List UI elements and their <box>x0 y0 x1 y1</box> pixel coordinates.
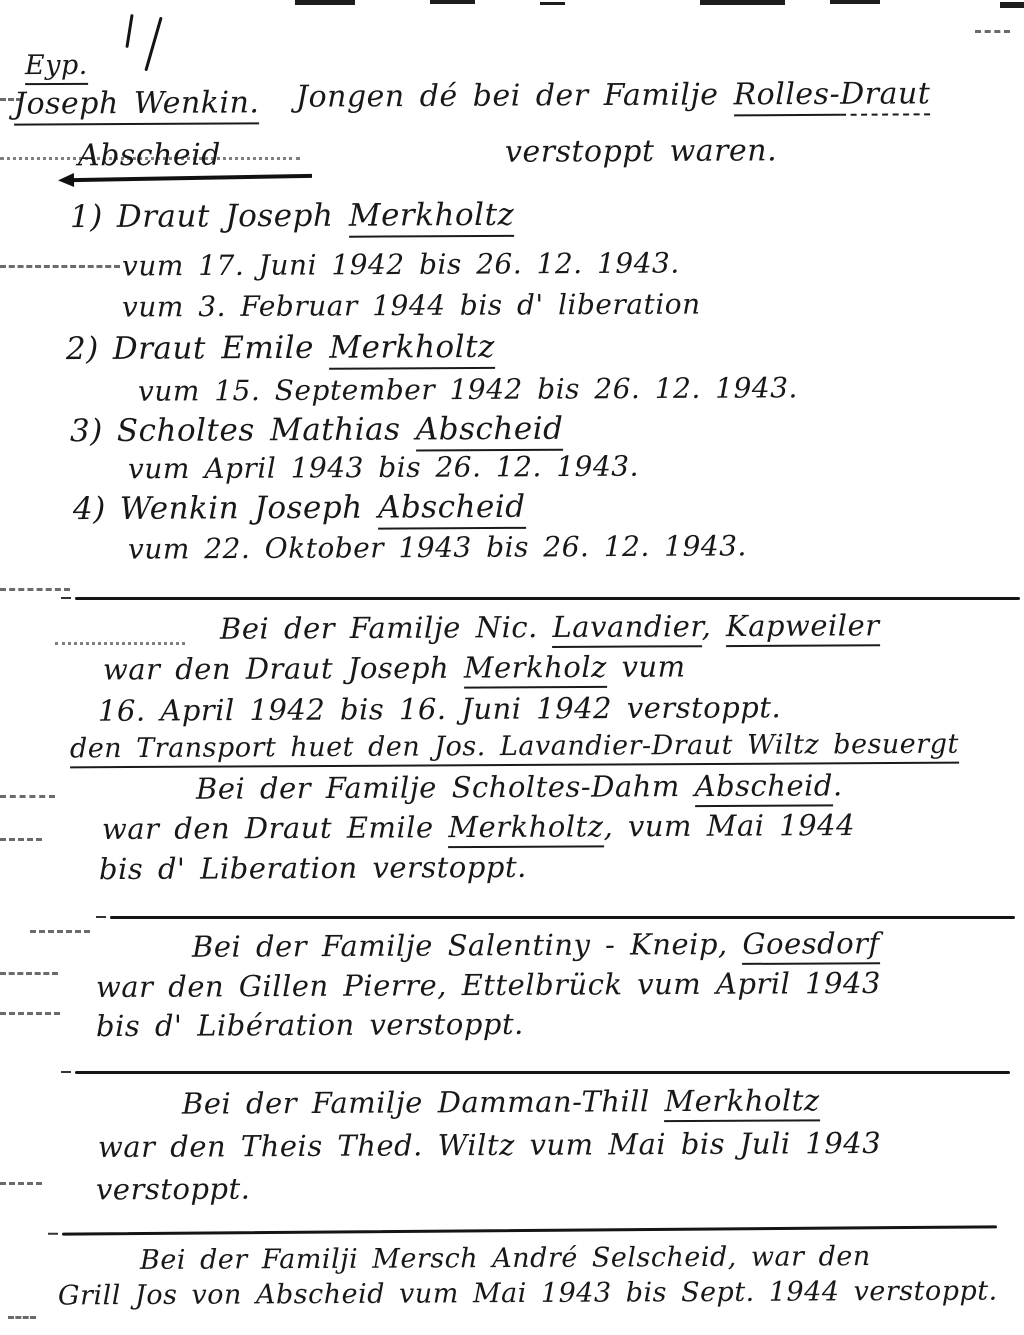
list-item-dates: vum April 1943 bis 26. 12. 1943. <box>128 450 639 486</box>
pen-stroke <box>144 17 162 72</box>
section-divider <box>110 916 1015 919</box>
list-item-dates: vum 17. Juni 1942 bis 26. 12. 1943. <box>122 247 680 283</box>
scan-artifact <box>0 795 55 798</box>
scan-artifact <box>55 642 185 645</box>
section-divider <box>62 1225 997 1235</box>
section-line: bis d' Liberation verstoppt. <box>99 850 527 886</box>
transport-note: den Transport huet den Jos. Lavandier-Dr… <box>70 729 959 765</box>
list-item-heading: 4)Wenkin Joseph Abscheid <box>73 489 526 527</box>
section-line: Bei der Familji Mersch André Selscheid, … <box>140 1241 871 1276</box>
section-line: Bei der Familje Scholtes-Dahm Abscheid. <box>196 768 843 805</box>
scan-artifact <box>0 588 70 591</box>
header-author: Joseph Wenkin. <box>14 85 260 121</box>
scan-artifact <box>0 1012 60 1015</box>
scan-artifact <box>830 0 880 4</box>
scan-artifact <box>700 0 785 5</box>
scan-artifact <box>0 265 120 268</box>
section-line: Bei der Familje Damman-Thill Merkholtz <box>182 1083 820 1120</box>
section-line: war den Draut Joseph Merkholz vum <box>103 649 686 686</box>
list-item-dates: vum 22. Oktober 1943 bis 26. 12. 1943. <box>128 529 747 565</box>
scan-artifact <box>430 0 475 4</box>
header-subtitle: verstoppt waren. <box>505 133 777 169</box>
section-divider <box>75 597 1020 600</box>
list-item-heading: 3)Scholtes Mathias Abscheid <box>70 411 564 450</box>
scan-artifact <box>1000 2 1024 8</box>
scanned-document-page: Eyp. Joseph Wenkin. Jongen dé bei der Fa… <box>0 0 1024 1335</box>
section-line: 16. April 1942 bis 16. Juni 1942 verstop… <box>98 690 781 728</box>
section-line: Bei der Familje Salentiny - Kneip, Goesd… <box>192 926 880 964</box>
section-line: war den Draut Emile Merkholtz, vum Mai 1… <box>102 808 855 846</box>
header-place: Abscheid <box>78 138 221 174</box>
scan-artifact <box>0 972 58 975</box>
section-line: bis d' Libération verstoppt. <box>96 1007 524 1043</box>
scan-artifact <box>975 30 1010 33</box>
corner-label: Eyp. <box>25 50 88 81</box>
list-item-heading: 1)Draut Joseph Merkholtz <box>70 197 514 235</box>
section-line: Grill Jos von Abscheid vum Mai 1943 bis … <box>58 1276 998 1312</box>
section-line: war den Gillen Pierre, Ettelbrück vum Ap… <box>96 966 881 1004</box>
list-item-heading: 2)Draut Emile Merkholtz <box>66 329 495 367</box>
scan-artifact <box>0 1182 42 1185</box>
section-line: war den Theis Thed. Wiltz vum Mai bis Ju… <box>98 1126 881 1164</box>
header-title: Jongen dé bei der Familje Rolles-Draut <box>296 76 931 114</box>
scan-artifact <box>295 0 355 5</box>
arrow-underline <box>72 174 312 182</box>
list-item-dates: vum 15. September 1942 bis 26. 12. 1943. <box>138 371 798 407</box>
scan-artifact <box>30 930 90 933</box>
scan-artifact <box>540 2 565 5</box>
section-line: verstoppt. <box>96 1172 251 1207</box>
scan-artifact <box>0 838 42 841</box>
corner-label-text: Eyp. <box>25 50 88 85</box>
list-item-dates: vum 3. Februar 1944 bis d' liberation <box>122 287 701 323</box>
section-line: Bei der Familje Nic. Lavandier, Kapweile… <box>220 608 880 645</box>
scan-artifact <box>8 1316 36 1319</box>
section-divider <box>75 1071 1010 1074</box>
pen-stroke <box>125 14 133 48</box>
